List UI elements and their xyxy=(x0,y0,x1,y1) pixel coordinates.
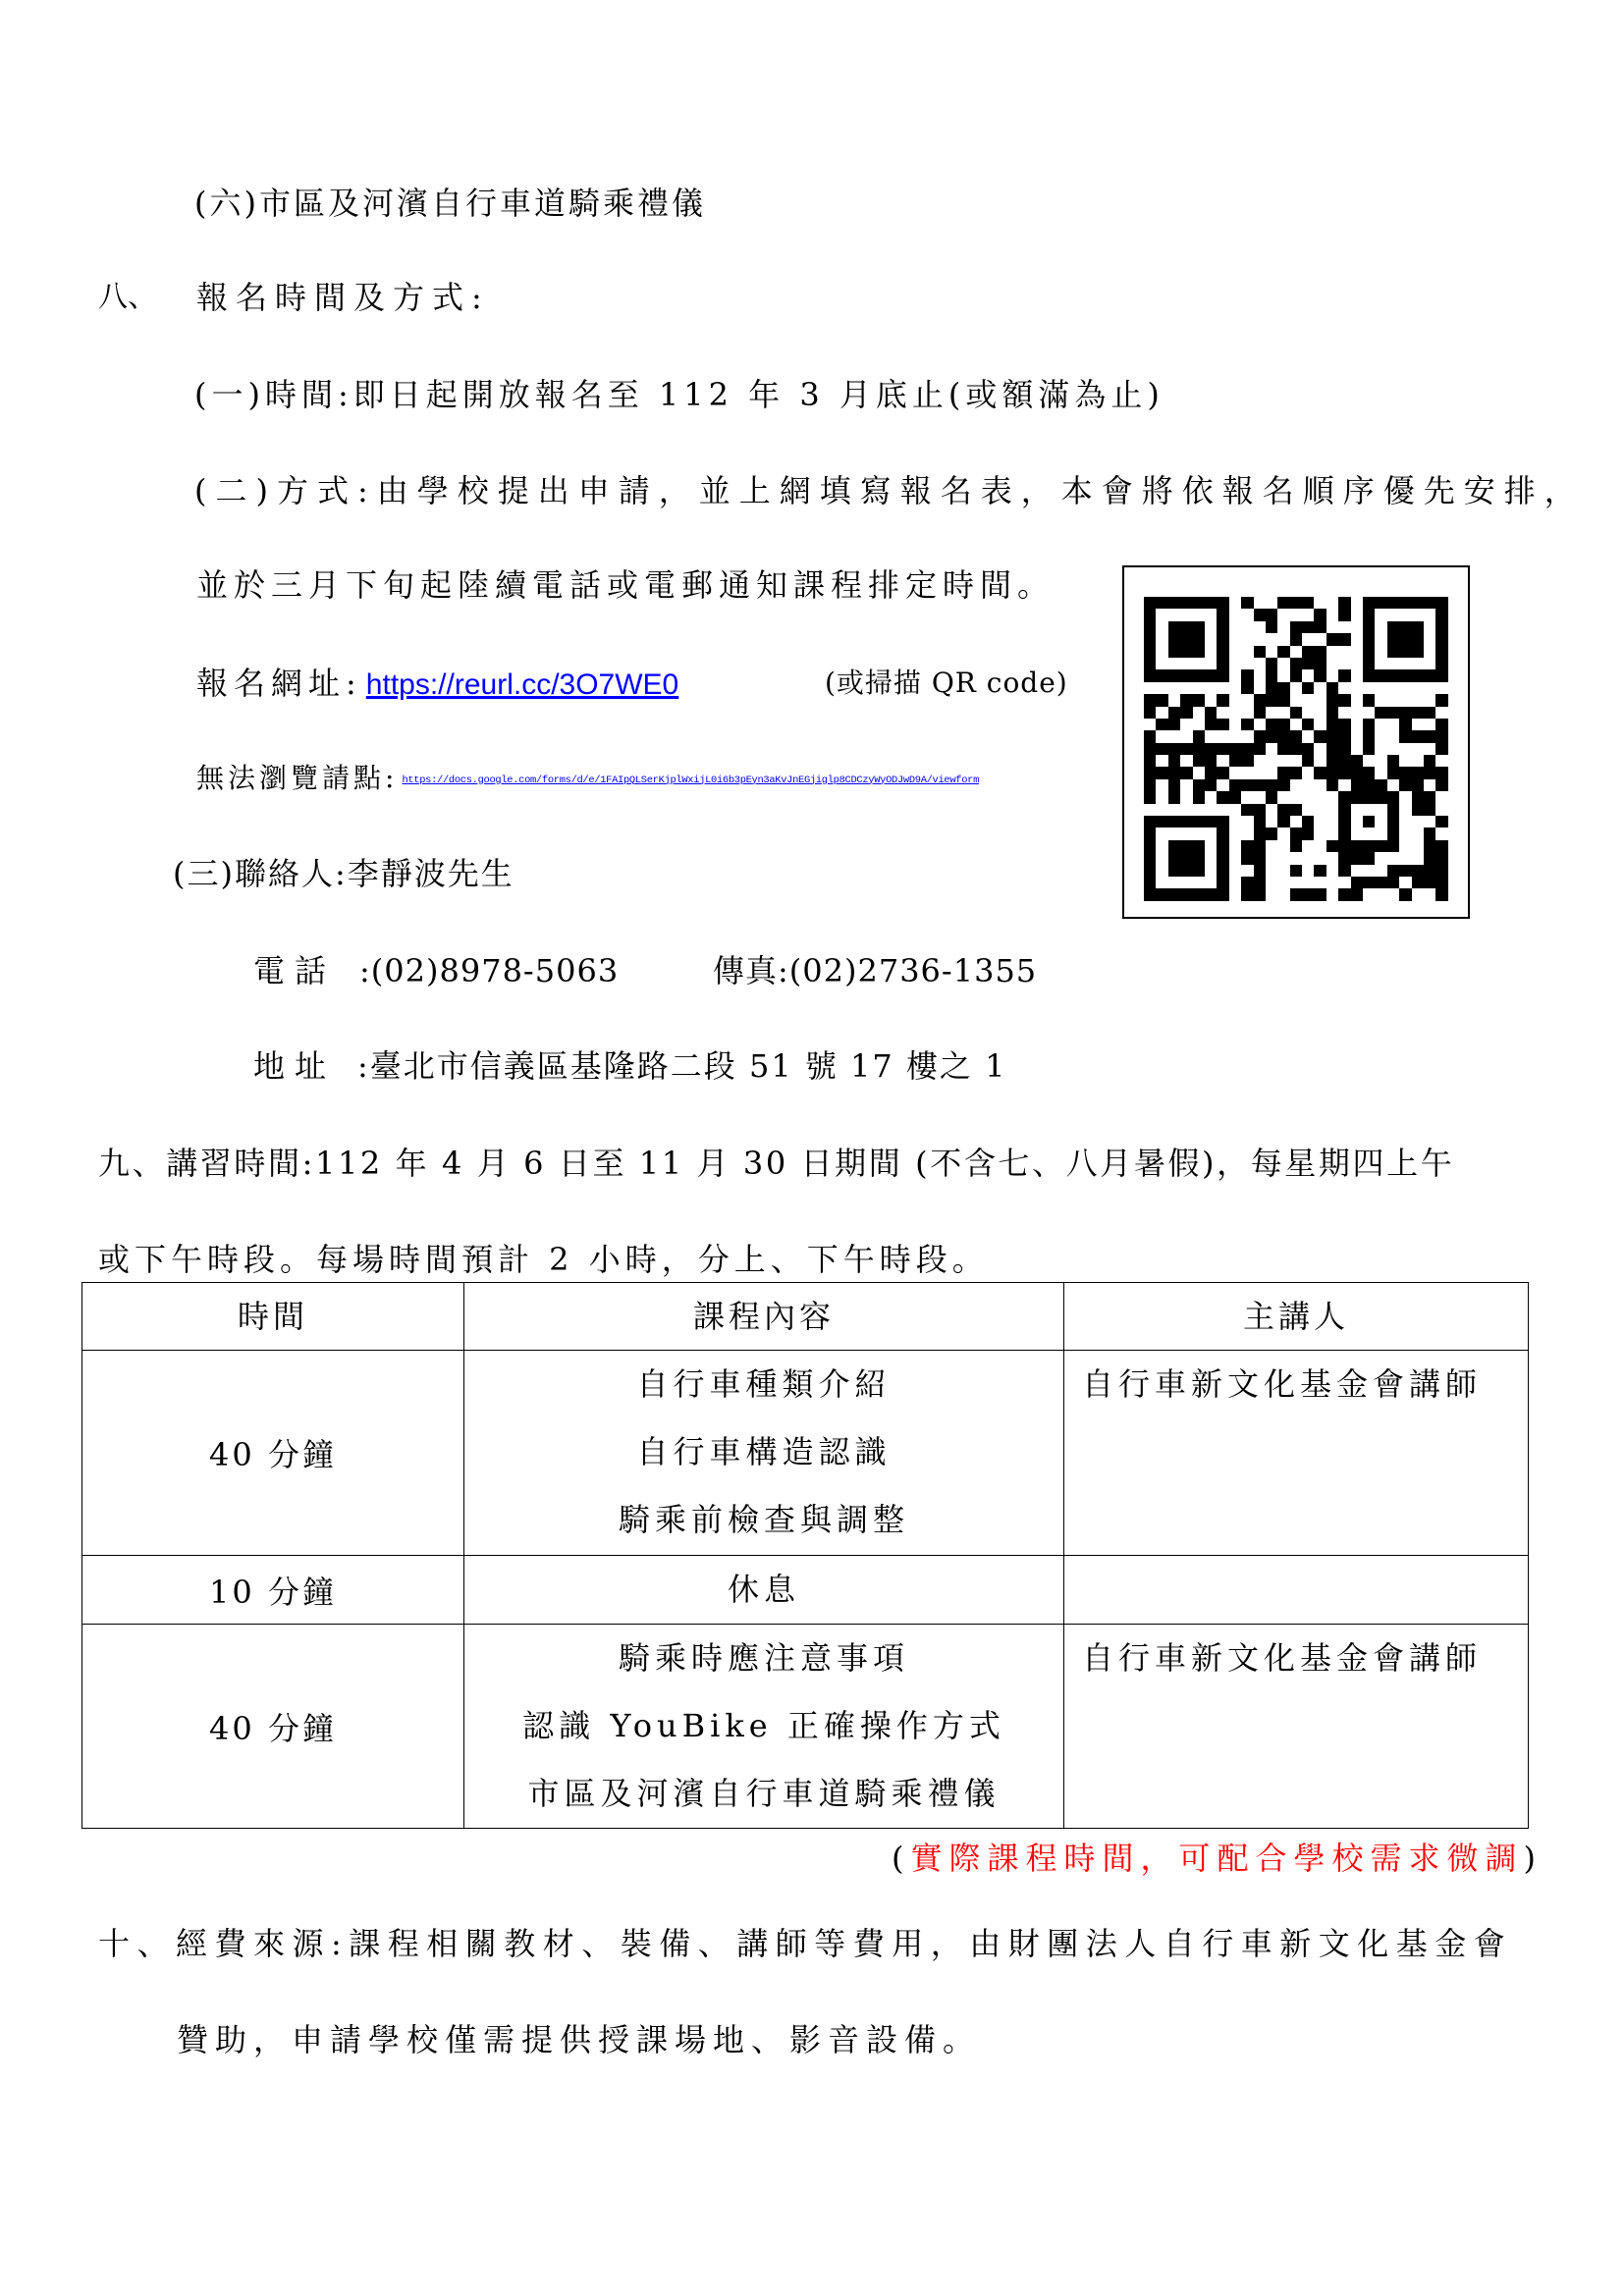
qr-module xyxy=(1180,767,1192,778)
qr-module xyxy=(1326,597,1338,609)
qr-module xyxy=(1363,707,1375,719)
qr-module xyxy=(1156,767,1167,778)
qr-module xyxy=(1241,865,1253,877)
qr-module xyxy=(1180,865,1192,877)
qr-module xyxy=(1277,719,1289,730)
qr-module xyxy=(1363,646,1375,658)
qr-module xyxy=(1254,682,1266,694)
fallback-url-link[interactable]: https://docs.google.com/forms/d/e/1FAIpQ… xyxy=(402,774,979,786)
qr-module xyxy=(1254,767,1266,778)
qr-module xyxy=(1399,682,1411,694)
qr-module xyxy=(1387,767,1399,778)
qr-module xyxy=(1314,816,1326,828)
qr-module xyxy=(1326,658,1338,669)
qr-module xyxy=(1156,633,1167,645)
qr-module xyxy=(1180,730,1192,742)
content-line: 騎乘前檢查與調整 xyxy=(464,1486,1063,1554)
qr-module xyxy=(1399,877,1411,888)
section-8-title: 報名時間及方式: xyxy=(196,278,490,317)
qr-module xyxy=(1241,840,1253,852)
qr-module xyxy=(1205,682,1217,694)
qr-module xyxy=(1351,828,1363,839)
row-content: 休息 xyxy=(464,1556,1064,1625)
address-label: 地址 xyxy=(253,1047,336,1085)
qr-module xyxy=(1205,633,1217,645)
qr-module xyxy=(1156,865,1167,877)
qr-module xyxy=(1302,840,1314,852)
qr-module xyxy=(1241,804,1253,816)
qr-module xyxy=(1302,877,1314,888)
qr-module xyxy=(1326,694,1338,706)
qr-module xyxy=(1375,669,1386,681)
qr-module xyxy=(1290,767,1302,778)
qr-module xyxy=(1412,730,1424,742)
qr-module xyxy=(1144,609,1156,620)
qr-module xyxy=(1351,730,1363,742)
qr-module xyxy=(1205,816,1217,828)
qr-module xyxy=(1399,707,1411,719)
qr-module xyxy=(1144,646,1156,658)
qr-module xyxy=(1205,694,1217,706)
qr-module xyxy=(1254,621,1266,633)
qr-module xyxy=(1412,646,1424,658)
qr-module xyxy=(1387,865,1399,877)
qr-module xyxy=(1326,779,1338,791)
qr-module xyxy=(1168,743,1180,755)
qr-module xyxy=(1193,840,1205,852)
qr-module xyxy=(1229,791,1241,803)
qr-module xyxy=(1266,791,1277,803)
qr-module xyxy=(1375,609,1386,620)
qr-module xyxy=(1144,694,1156,706)
qr-module xyxy=(1144,707,1156,719)
qr-module xyxy=(1241,669,1253,681)
qr-module xyxy=(1156,743,1167,755)
qr-module xyxy=(1144,888,1156,900)
qr-module xyxy=(1290,694,1302,706)
qr-module xyxy=(1205,804,1217,816)
table-row: 40 分鐘 自行車種類介紹 自行車構造認識 騎乘前檢查與調整 自行車新文化基金會… xyxy=(82,1351,1529,1556)
qr-module xyxy=(1314,609,1326,620)
qr-module xyxy=(1266,658,1277,669)
qr-module xyxy=(1290,779,1302,791)
qr-module xyxy=(1435,694,1447,706)
qr-module xyxy=(1435,743,1447,755)
qr-module xyxy=(1180,877,1192,888)
qr-module xyxy=(1351,804,1363,816)
qr-module xyxy=(1302,694,1314,706)
qr-module xyxy=(1424,730,1435,742)
qr-module xyxy=(1254,779,1266,791)
qr-module xyxy=(1193,719,1205,730)
qr-module xyxy=(1241,609,1253,620)
qr-module xyxy=(1205,719,1217,730)
qr-module xyxy=(1266,888,1277,900)
qr-module xyxy=(1399,755,1411,767)
qr-module xyxy=(1363,719,1375,730)
qr-module xyxy=(1326,633,1338,645)
qr-module xyxy=(1351,767,1363,778)
qr-module xyxy=(1168,597,1180,609)
qr-module xyxy=(1217,694,1228,706)
qr-module xyxy=(1412,755,1424,767)
qr-module xyxy=(1435,609,1447,620)
qr-module xyxy=(1205,865,1217,877)
qr-module xyxy=(1326,719,1338,730)
qr-module xyxy=(1205,730,1217,742)
qr-module xyxy=(1314,682,1326,694)
qr-module xyxy=(1351,888,1363,900)
qr-module xyxy=(1205,755,1217,767)
qr-module xyxy=(1412,669,1424,681)
qr-module xyxy=(1375,852,1386,864)
qr-module xyxy=(1277,633,1289,645)
qr-module xyxy=(1399,865,1411,877)
qr-module xyxy=(1326,877,1338,888)
qr-module xyxy=(1435,877,1447,888)
table-row: 40 分鐘 騎乘時應注意事項 認識 YouBike 正確操作方式 市區及河濱自行… xyxy=(82,1625,1529,1829)
qr-module xyxy=(1241,877,1253,888)
qr-module xyxy=(1168,840,1180,852)
qr-module xyxy=(1266,877,1277,888)
qr-module xyxy=(1387,597,1399,609)
qr-module xyxy=(1399,646,1411,658)
qr-module xyxy=(1326,888,1338,900)
qr-module xyxy=(1229,755,1241,767)
qr-module xyxy=(1277,877,1289,888)
qr-module xyxy=(1363,743,1375,755)
qr-module xyxy=(1424,816,1435,828)
qr-module xyxy=(1435,707,1447,719)
qr-module xyxy=(1387,816,1399,828)
qr-module xyxy=(1412,828,1424,839)
qr-module xyxy=(1387,694,1399,706)
qr-module xyxy=(1387,888,1399,900)
section-9-line2: 或下午時段。每場時間預計 2 小時，分上、下午時段。 xyxy=(98,1240,989,1279)
qr-module xyxy=(1266,804,1277,816)
qr-module xyxy=(1193,816,1205,828)
qr-module xyxy=(1229,597,1241,609)
qr-module xyxy=(1314,852,1326,864)
qr-module xyxy=(1302,730,1314,742)
qr-module xyxy=(1387,877,1399,888)
qr-module xyxy=(1399,804,1411,816)
qr-module xyxy=(1168,682,1180,694)
qr-module xyxy=(1144,755,1156,767)
qr-module xyxy=(1193,621,1205,633)
qr-module xyxy=(1375,755,1386,767)
qr-module xyxy=(1375,719,1386,730)
qr-module xyxy=(1302,621,1314,633)
qr-module xyxy=(1424,609,1435,620)
qr-module xyxy=(1351,779,1363,791)
qr-module xyxy=(1363,877,1375,888)
qr-module xyxy=(1351,621,1363,633)
qr-module xyxy=(1424,779,1435,791)
qr-module xyxy=(1254,816,1266,828)
qr-module xyxy=(1338,597,1350,609)
qr-module xyxy=(1290,816,1302,828)
qr-module xyxy=(1144,621,1156,633)
qr-module xyxy=(1156,779,1167,791)
qr-module xyxy=(1266,779,1277,791)
row-speaker: 自行車新文化基金會講師 xyxy=(1064,1351,1529,1556)
qr-module xyxy=(1338,609,1350,620)
qr-module xyxy=(1412,597,1424,609)
qr-module xyxy=(1217,865,1228,877)
qr-module xyxy=(1351,669,1363,681)
qr-module xyxy=(1156,707,1167,719)
qr-module xyxy=(1193,669,1205,681)
qr-module xyxy=(1326,682,1338,694)
signup-url-link[interactable]: https://reurl.cc/3O7WE0 xyxy=(366,668,678,701)
qr-module xyxy=(1193,828,1205,839)
qr-module xyxy=(1314,597,1326,609)
qr-module xyxy=(1314,633,1326,645)
qr-module xyxy=(1277,621,1289,633)
qr-module xyxy=(1435,816,1447,828)
qr-module xyxy=(1229,730,1241,742)
qr-module xyxy=(1399,779,1411,791)
qr-code-modules xyxy=(1144,597,1448,901)
qr-module xyxy=(1277,852,1289,864)
qr-module xyxy=(1314,621,1326,633)
qr-module xyxy=(1435,658,1447,669)
qr-module xyxy=(1217,730,1228,742)
qr-module xyxy=(1156,828,1167,839)
qr-module xyxy=(1156,719,1167,730)
qr-module xyxy=(1144,633,1156,645)
qr-module xyxy=(1351,877,1363,888)
qr-module xyxy=(1314,730,1326,742)
qr-module xyxy=(1326,767,1338,778)
qr-module xyxy=(1326,828,1338,839)
qr-module xyxy=(1338,730,1350,742)
qr-module xyxy=(1302,597,1314,609)
qr-module xyxy=(1351,816,1363,828)
qr-module xyxy=(1302,888,1314,900)
qr-module xyxy=(1217,743,1228,755)
qr-module xyxy=(1205,888,1217,900)
qr-module xyxy=(1277,840,1289,852)
qr-module xyxy=(1217,804,1228,816)
qr-module xyxy=(1351,865,1363,877)
qr-module xyxy=(1314,840,1326,852)
qr-module xyxy=(1144,828,1156,839)
qr-module xyxy=(1168,669,1180,681)
qr-module xyxy=(1351,694,1363,706)
qr-module xyxy=(1399,767,1411,778)
note-text: 實際課程時間，可配合學校需求微調 xyxy=(911,1840,1524,1877)
qr-module xyxy=(1424,755,1435,767)
qr-module xyxy=(1266,621,1277,633)
qr-module xyxy=(1168,877,1180,888)
qr-module xyxy=(1338,694,1350,706)
qr-module xyxy=(1254,658,1266,669)
qr-module xyxy=(1435,865,1447,877)
qr-module xyxy=(1205,646,1217,658)
qr-module xyxy=(1326,791,1338,803)
qr-module xyxy=(1302,707,1314,719)
qr-module xyxy=(1241,730,1253,742)
qr-module xyxy=(1229,743,1241,755)
qr-module xyxy=(1144,767,1156,778)
qr-module xyxy=(1217,755,1228,767)
qr-module xyxy=(1290,828,1302,839)
qr-module xyxy=(1399,840,1411,852)
qr-module xyxy=(1338,719,1350,730)
qr-module xyxy=(1424,804,1435,816)
qr-module xyxy=(1229,877,1241,888)
qr-module xyxy=(1277,888,1289,900)
qr-module xyxy=(1229,888,1241,900)
qr-module xyxy=(1399,730,1411,742)
qr-module xyxy=(1314,767,1326,778)
qr-module xyxy=(1241,682,1253,694)
qr-module xyxy=(1217,888,1228,900)
qr-module xyxy=(1144,779,1156,791)
qr-module xyxy=(1266,767,1277,778)
qr-module xyxy=(1266,719,1277,730)
qr-module xyxy=(1326,646,1338,658)
note-close-paren: ) xyxy=(1524,1840,1543,1877)
qr-module xyxy=(1168,828,1180,839)
qr-module xyxy=(1302,852,1314,864)
qr-module xyxy=(1302,755,1314,767)
qr-module xyxy=(1338,621,1350,633)
row-time: 40 分鐘 xyxy=(82,1625,464,1829)
qr-module xyxy=(1144,669,1156,681)
qr-module xyxy=(1351,646,1363,658)
qr-module xyxy=(1156,852,1167,864)
contact-person: (三)聯絡人:李靜波先生 xyxy=(173,854,514,893)
qr-module xyxy=(1205,669,1217,681)
qr-module xyxy=(1338,791,1350,803)
qr-module xyxy=(1363,779,1375,791)
qr-module xyxy=(1314,694,1326,706)
qr-module xyxy=(1168,621,1180,633)
qr-module xyxy=(1144,804,1156,816)
table-row: 10 分鐘 休息 xyxy=(82,1556,1529,1625)
qr-module xyxy=(1229,669,1241,681)
qr-module xyxy=(1290,755,1302,767)
qr-module xyxy=(1387,743,1399,755)
qr-module xyxy=(1412,816,1424,828)
qr-module xyxy=(1399,609,1411,620)
qr-module xyxy=(1338,865,1350,877)
qr-module xyxy=(1351,707,1363,719)
qr-module xyxy=(1180,755,1192,767)
qr-module xyxy=(1193,779,1205,791)
qr-module xyxy=(1412,694,1424,706)
qr-module xyxy=(1412,791,1424,803)
qr-module xyxy=(1375,816,1386,828)
qr-module xyxy=(1424,865,1435,877)
qr-module xyxy=(1363,852,1375,864)
qr-module xyxy=(1399,694,1411,706)
qr-module xyxy=(1412,852,1424,864)
qr-module xyxy=(1144,791,1156,803)
header-time: 時間 xyxy=(82,1283,464,1351)
qr-module xyxy=(1326,816,1338,828)
qr-module xyxy=(1156,791,1167,803)
qr-module xyxy=(1435,888,1447,900)
qr-module xyxy=(1229,865,1241,877)
phone-value: :(02)8978-5063 xyxy=(359,952,619,989)
qr-module xyxy=(1375,621,1386,633)
qr-module xyxy=(1326,865,1338,877)
qr-module xyxy=(1338,852,1350,864)
qr-module xyxy=(1254,730,1266,742)
qr-module xyxy=(1363,804,1375,816)
qr-module xyxy=(1254,840,1266,852)
qr-module xyxy=(1326,621,1338,633)
section-10-line2: 贊助，申請學校僅需提供授課場地、影音設備。 xyxy=(177,2020,981,2059)
qr-module xyxy=(1387,658,1399,669)
qr-module xyxy=(1266,816,1277,828)
qr-module xyxy=(1266,633,1277,645)
fallback-url-label: 無法瀏覽請點: xyxy=(196,762,398,794)
qr-module xyxy=(1435,840,1447,852)
qr-module xyxy=(1290,840,1302,852)
qr-module xyxy=(1168,767,1180,778)
qr-module xyxy=(1435,767,1447,778)
qr-module xyxy=(1290,707,1302,719)
qr-module xyxy=(1254,597,1266,609)
qr-code-icon[interactable] xyxy=(1122,565,1470,919)
qr-module xyxy=(1399,816,1411,828)
qr-module xyxy=(1254,646,1266,658)
qr-module xyxy=(1229,633,1241,645)
qr-module xyxy=(1168,865,1180,877)
qr-module xyxy=(1254,669,1266,681)
qr-module xyxy=(1435,621,1447,633)
qr-module xyxy=(1290,719,1302,730)
qr-module xyxy=(1229,840,1241,852)
qr-module xyxy=(1435,828,1447,839)
header-content: 課程內容 xyxy=(464,1283,1064,1351)
qr-module xyxy=(1168,719,1180,730)
qr-module xyxy=(1290,597,1302,609)
qr-module xyxy=(1180,743,1192,755)
qr-module xyxy=(1193,888,1205,900)
qr-module xyxy=(1338,816,1350,828)
qr-module xyxy=(1144,658,1156,669)
qr-module xyxy=(1424,791,1435,803)
qr-module xyxy=(1144,840,1156,852)
qr-module xyxy=(1156,694,1167,706)
qr-module xyxy=(1168,694,1180,706)
qr-module xyxy=(1363,888,1375,900)
qr-module xyxy=(1241,852,1253,864)
qr-module xyxy=(1351,658,1363,669)
qr-module xyxy=(1314,755,1326,767)
qr-module xyxy=(1290,682,1302,694)
qr-module xyxy=(1363,609,1375,620)
qr-module xyxy=(1338,633,1350,645)
qr-module xyxy=(1180,840,1192,852)
qr-module xyxy=(1326,669,1338,681)
qr-module xyxy=(1254,852,1266,864)
speaker-name: 自行車新文化基金會講師 xyxy=(1082,1625,1528,1692)
qr-module xyxy=(1375,804,1386,816)
qr-module xyxy=(1338,767,1350,778)
qr-module xyxy=(1241,597,1253,609)
qr-module xyxy=(1338,646,1350,658)
qr-module xyxy=(1241,791,1253,803)
qr-module xyxy=(1266,609,1277,620)
qr-module xyxy=(1277,755,1289,767)
